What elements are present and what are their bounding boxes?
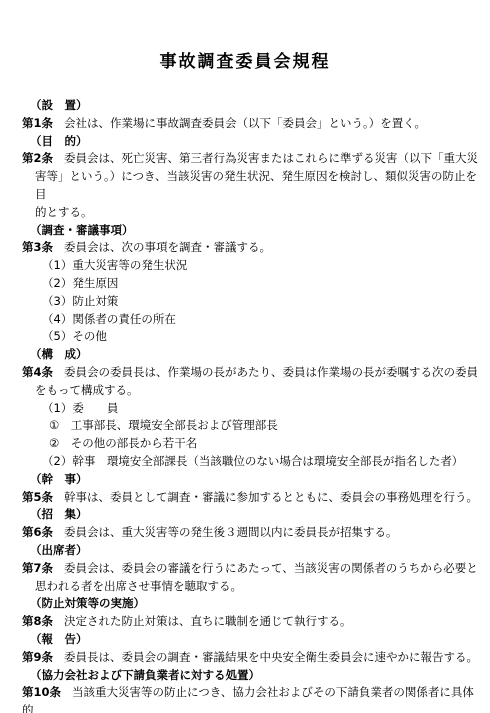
article-number: 第3条 [22, 240, 53, 254]
article-line: 第10条当該重大災害等の防止につき、協力会社およびその下請負業者の関係者に具体的 [22, 684, 480, 713]
article-text: 委員会は、次の事項を調査・審議する。 [64, 240, 271, 254]
article-text: 当該重大災害等の防止につき、協力会社およびその下請負業者の関係者に具体的 [22, 685, 474, 713]
article-number: 第2条 [22, 151, 53, 165]
section-heading: （設 置） [22, 97, 480, 115]
article-continuation: 害等」という。）につき、当該災害の発生状況、発生原因を検討し、類似災害の防止を目 [22, 168, 480, 204]
section-heading: （幹 事） [22, 471, 480, 489]
article-text: 委員会は、委員会の審議を行うにあたって、当該災害の関係者のうちから必要と [64, 561, 478, 575]
section-heading: （調査・審議事項） [22, 222, 480, 240]
article-number: 第10条 [22, 685, 61, 699]
article-line: 第8条決定された防止対策は、直ちに職制を通じて執行する。 [22, 613, 480, 631]
article-line: 第9条委員長は、委員会の調査・審議結果を中央安全衛生委員会に速やかに報告する。 [22, 649, 480, 667]
section-heading: （招 集） [22, 506, 480, 524]
document-page: 事故調査委員会規程 （設 置）第1条会社は、作業場に事故調査委員会（以下「委員会… [0, 0, 490, 713]
section-heading: （協力会社および下請負業者に対する処置） [22, 667, 480, 685]
article-text: 委員会は、死亡災害、第三者行為災害またはこれらに準ずる災害（以下「重大災 [64, 151, 478, 165]
article-number: 第8条 [22, 614, 53, 628]
article-continuation: 的とする。 [22, 204, 480, 222]
list-item: （5）その他 [22, 328, 480, 346]
article-line: 第2条委員会は、死亡災害、第三者行為災害またはこれらに準ずる災害（以下「重大災 [22, 150, 480, 168]
article-continuation: 思われる者を出席させ事情を聴取する。 [22, 578, 480, 596]
section-heading: （目 的） [22, 133, 480, 151]
article-line: 第3条委員会は、次の事項を調査・審議する。 [22, 239, 480, 257]
list-item: （1）委 員 [22, 400, 480, 418]
section-heading: （防止対策等の実施） [22, 595, 480, 613]
section-heading: （構 成） [22, 346, 480, 364]
article-text: 決定された防止対策は、直ちに職制を通じて執行する。 [64, 614, 352, 628]
section-heading: （出席者） [22, 542, 480, 560]
document-title: 事故調査委員会規程 [0, 0, 490, 72]
article-line: 第5条幹事は、委員として調査・審議に参加するとともに、委員会の事務処理を行う。 [22, 489, 480, 507]
list-item: （1）重大災害等の発生状況 [22, 257, 480, 275]
list-item: （3）防止対策 [22, 293, 480, 311]
list-item: （2）発生原因 [22, 275, 480, 293]
document-body: （設 置）第1条会社は、作業場に事故調査委員会（以下「委員会」という。）を置く。… [0, 97, 490, 713]
article-number: 第1条 [22, 116, 53, 130]
article-text: 委員会の委員長は、作業場の長があたり、委員は作業場の長が委嘱する次の委員 [64, 365, 478, 379]
article-text: 委員長は、委員会の調査・審議結果を中央安全衛生委員会に速やかに報告する。 [64, 650, 478, 664]
article-number: 第5条 [22, 490, 53, 504]
section-heading: （報 告） [22, 631, 480, 649]
list-item: （4）関係者の責任の所在 [22, 311, 480, 329]
article-line: 第4条委員会の委員長は、作業場の長があたり、委員は作業場の長が委嘱する次の委員 [22, 364, 480, 382]
article-number: 第4条 [22, 365, 53, 379]
article-line: 第6条委員会は、重大災害等の発生後３週間以内に委員長が招集する。 [22, 524, 480, 542]
list-subitem: ① 工事部長、環境安全部長および管理部長 [22, 417, 480, 435]
article-number: 第9条 [22, 650, 53, 664]
article-text: 委員会は、重大災害等の発生後３週間以内に委員長が招集する。 [64, 525, 398, 539]
article-continuation: をもって構成する。 [22, 382, 480, 400]
article-line: 第7条委員会は、委員会の審議を行うにあたって、当該災害の関係者のうちから必要と [22, 560, 480, 578]
article-line: 第1条会社は、作業場に事故調査委員会（以下「委員会」という。）を置く。 [22, 115, 480, 133]
article-number: 第6条 [22, 525, 53, 539]
article-text: 幹事は、委員として調査・審議に参加するとともに、委員会の事務処理を行う。 [64, 490, 478, 504]
article-text: 会社は、作業場に事故調査委員会（以下「委員会」という。）を置く。 [64, 116, 426, 130]
list-item: （2）幹事 環境安全部課長（当該職位のない場合は環境安全部長が指名した者） [22, 453, 480, 471]
article-number: 第7条 [22, 561, 53, 575]
list-subitem: ② その他の部長から若干名 [22, 435, 480, 453]
